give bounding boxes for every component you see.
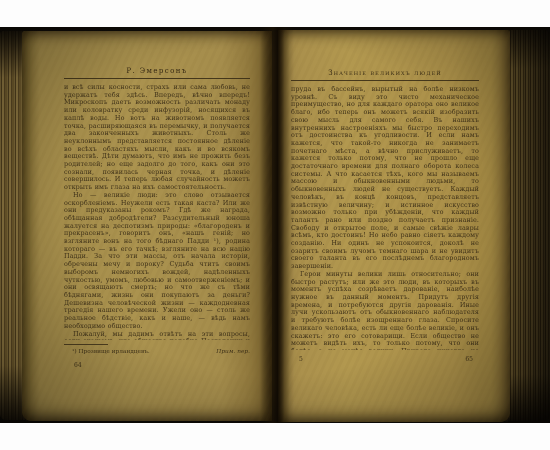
footnote-text: ¹) Прозвище ирландцевъ.: [72, 349, 150, 355]
right-page-edges: [504, 30, 550, 421]
signature-mark: 5: [299, 356, 303, 363]
left-page-body-text: и всѣ силы косности, страхъ или сама люб…: [64, 84, 250, 340]
running-head-author: Р. Эмерсонъ: [64, 67, 250, 75]
left-page-content: Р. Эмерсонъ и всѣ силы косности, страхъ …: [64, 67, 250, 369]
right-page-content: Значеніе великихъ людей пруда въ бассейн…: [291, 69, 479, 363]
footnote-rule: [64, 344, 108, 345]
body-text-paragraph: Герои минуты велики лишь относительно; о…: [291, 271, 479, 350]
header-rule: [291, 80, 479, 82]
body-text-paragraph: Пожалуй, мы дадимъ отвѣтъ на эти вопросы…: [64, 331, 250, 341]
right-page-folio-row: 5 65: [291, 356, 479, 363]
header-rule: [64, 78, 250, 80]
book-photo: Р. Эмерсонъ и всѣ силы косности, страхъ …: [0, 27, 550, 423]
body-text-paragraph: и всѣ силы косности, страхъ или сама люб…: [64, 84, 250, 192]
running-head-title: Значеніе великихъ людей: [291, 69, 479, 77]
footnote-attribution: Прим. пер.: [216, 349, 250, 355]
right-page-body-text: пруда въ бассейнъ, вырытый на болѣе низк…: [291, 86, 479, 350]
page-number-left: 64: [64, 362, 250, 369]
body-text-paragraph: пруда въ бассейнъ, вырытый на болѣе низк…: [291, 86, 479, 271]
body-text-paragraph: Но — великіе люди: это слово отзывается …: [64, 192, 250, 331]
footnote: ¹) Прозвище ирландцевъ. Прим. пер.: [64, 349, 250, 355]
page-number-right: 65: [465, 356, 473, 363]
